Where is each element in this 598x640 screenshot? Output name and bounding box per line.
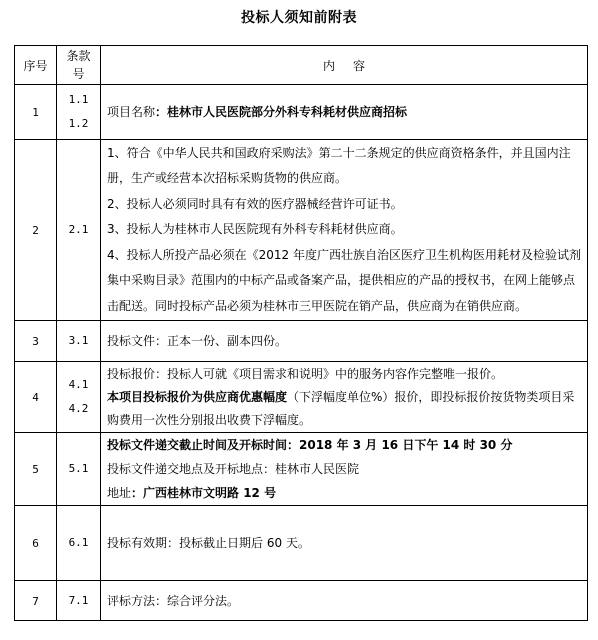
header-content-label: 内容 (305, 59, 383, 73)
table-row: 1 1.1 1.2 项目名称：桂林市人民医院部分外科专科耗材供应商招标 (15, 85, 588, 140)
content-cell: 投标报价：投标人可就《项目需求和说明》中的服务内容作完整唯一报价。 本项目投标报… (101, 362, 588, 433)
header-clause-label: 条款号 (66, 47, 92, 83)
clause-cell: 1.1 1.2 (57, 85, 101, 140)
clause-number: 4.1 (57, 373, 100, 397)
seq-cell: 3 (15, 321, 57, 362)
seq-number: 1 (32, 106, 39, 119)
content-paragraph: 3、投标人为桂林市人民医院现有外科专科耗材供应商。 (107, 217, 583, 243)
text-segment: 4、投标人所投产品必须在《2012 年度广西壮族自治区医疗卫生机构医用耗材及检验… (107, 248, 581, 313)
clause-cell: 7.1 (57, 581, 101, 621)
clause-number: 4.2 (57, 397, 100, 421)
text-segment: 投标文件：正本一份、副本四份。 (107, 334, 287, 348)
clause-number: 1.1 (57, 88, 100, 112)
content-paragraph: 投标有效期：投标截止日期后 60 天。 (107, 531, 583, 555)
document-title: 投标人须知前附表 (0, 8, 598, 28)
content-cell: 投标文件递交截止时间及开标时间：2018 年 3 月 16 日下午 14 时 3… (101, 433, 588, 506)
clause-cell: 4.1 4.2 (57, 362, 101, 433)
clause-number: 5.1 (57, 457, 100, 481)
table-row: 3 3.1 投标文件：正本一份、副本四份。 (15, 321, 588, 362)
content-paragraph: 投标文件：正本一份、副本四份。 (107, 329, 583, 353)
text-segment: 3、投标人为桂林市人民医院现有外科专科耗材供应商。 (107, 222, 403, 236)
content-cell: 项目名称：桂林市人民医院部分外科专科耗材供应商招标 (101, 85, 588, 140)
content-cell: 投标有效期：投标截止日期后 60 天。 (101, 506, 588, 581)
table-row: 4 4.1 4.2 投标报价：投标人可就《项目需求和说明》中的服务内容作完整唯一… (15, 362, 588, 433)
seq-number: 4 (32, 391, 39, 404)
text-segment: 地址 (107, 486, 131, 500)
content-paragraph: 地址：广西桂林市文明路 12 号 (107, 481, 583, 505)
header-content: 内容 (101, 46, 588, 85)
text-segment: 评标方法：综合评分法。 (107, 594, 239, 608)
content-paragraph: 评标方法：综合评分法。 (107, 589, 583, 613)
seq-cell: 6 (15, 506, 57, 581)
header-seq-label: 序号 (23, 59, 47, 73)
seq-number: 5 (32, 463, 39, 476)
bidder-instructions-table: 序号 条款号 内容 1 1.1 1.2 项目名称：桂林市人民医院部分外科专科耗材… (14, 45, 588, 621)
content-paragraph: 2、投标人必须同时具有有效的医疗器械经营许可证书。 (107, 192, 583, 218)
address-text: ：广西桂林市文明路 12 号 (131, 486, 276, 500)
content-paragraph: 投标文件递交地点及开标地点：桂林市人民医院 (107, 457, 583, 481)
seq-cell: 4 (15, 362, 57, 433)
header-clause: 条款号 (57, 46, 101, 85)
text-segment: 1、符合《中华人民共和国政府采购法》第二十二条规定的供应商资格条件，并且国内注册… (107, 146, 571, 186)
seq-cell: 1 (15, 85, 57, 140)
text-segment: 投标文件递交地点及开标地点：桂林市人民医院 (107, 462, 359, 476)
clause-number: 2.1 (57, 218, 100, 242)
content-cell: 1、符合《中华人民共和国政府采购法》第二十二条规定的供应商资格条件，并且国内注册… (101, 140, 588, 321)
clause-number: 6.1 (57, 531, 100, 555)
clause-number: 3.1 (57, 329, 100, 353)
clause-cell: 6.1 (57, 506, 101, 581)
seq-number: 7 (32, 595, 39, 608)
content-paragraph: 1、符合《中华人民共和国政府采购法》第二十二条规定的供应商资格条件，并且国内注册… (107, 141, 583, 192)
content-paragraph: 4、投标人所投产品必须在《2012 年度广西壮族自治区医疗卫生机构医用耗材及检验… (107, 243, 583, 320)
project-name: ：桂林市人民医院部分外科专科耗材供应商招标 (155, 105, 407, 119)
content-cell: 投标文件：正本一份、副本四份。 (101, 321, 588, 362)
content-paragraph: 投标报价：投标人可就《项目需求和说明》中的服务内容作完整唯一报价。 (107, 363, 583, 386)
document-page: 投标人须知前附表 序号 条款号 内容 1 1.1 1. (0, 0, 598, 640)
clause-number: 1.2 (57, 112, 100, 136)
bold-text-segment: 本项目投标报价为供应商优惠幅度 (107, 390, 287, 404)
text-segment: 投标报价：投标人可就《项目需求和说明》中的服务内容作完整唯一报价。 (107, 367, 503, 381)
seq-cell: 5 (15, 433, 57, 506)
header-seq: 序号 (15, 46, 57, 85)
seq-cell: 7 (15, 581, 57, 621)
text-segment: 投标有效期：投标截止日期后 60 天。 (107, 536, 310, 550)
seq-number: 3 (32, 335, 39, 348)
text-segment: 项目名称 (107, 105, 155, 119)
table-row: 7 7.1 评标方法：综合评分法。 (15, 581, 588, 621)
clause-cell: 5.1 (57, 433, 101, 506)
seq-number: 6 (32, 537, 39, 550)
clause-cell: 2.1 (57, 140, 101, 321)
clause-number: 7.1 (57, 589, 100, 613)
text-segment: 2、投标人必须同时具有有效的医疗器械经营许可证书。 (107, 197, 403, 211)
seq-number: 2 (32, 224, 39, 237)
content-cell: 评标方法：综合评分法。 (101, 581, 588, 621)
clause-cell: 3.1 (57, 321, 101, 362)
content-paragraph: 投标文件递交截止时间及开标时间：2018 年 3 月 16 日下午 14 时 3… (107, 433, 583, 457)
table-row: 5 5.1 投标文件递交截止时间及开标时间：2018 年 3 月 16 日下午 … (15, 433, 588, 506)
table-row: 2 2.1 1、符合《中华人民共和国政府采购法》第二十二条规定的供应商资格条件，… (15, 140, 588, 321)
table-header-row: 序号 条款号 内容 (15, 46, 588, 85)
seq-cell: 2 (15, 140, 57, 321)
content-paragraph: 本项目投标报价为供应商优惠幅度（下浮幅度单位%）报价，即投标报价按货物类项目采购… (107, 386, 583, 432)
table-row: 6 6.1 投标有效期：投标截止日期后 60 天。 (15, 506, 588, 581)
deadline-text: 投标文件递交截止时间及开标时间：2018 年 3 月 16 日下午 14 时 3… (107, 438, 512, 452)
content-paragraph: 项目名称：桂林市人民医院部分外科专科耗材供应商招标 (107, 100, 583, 124)
